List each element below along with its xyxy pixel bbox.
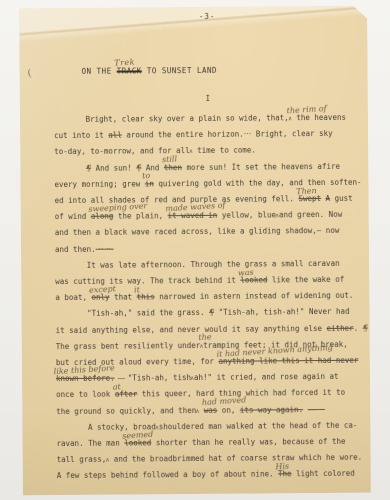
typed-text: yellow, blue bbox=[217, 211, 276, 220]
typed-text: light colored bbox=[292, 469, 355, 478]
struck-text: washad moved bbox=[204, 402, 218, 418]
struck-text: known before.like this before bbox=[56, 371, 115, 388]
typed-text: and then a black wave raced across, like… bbox=[55, 226, 340, 237]
struck-text: afterat bbox=[115, 387, 138, 403]
typed-text: the ground so quickly, and then bbox=[56, 406, 196, 416]
typed-text: this queer, hard thing which had forced … bbox=[137, 388, 345, 399]
manuscript-body: Bright, clear sky over a plain so wide, … bbox=[54, 110, 365, 485]
typed-text: ah!" it cried, and rose again at bbox=[194, 372, 339, 382]
typed-text: it said anything else, and never would i… bbox=[56, 324, 327, 335]
typed-text: quivering gold with the day, and then so… bbox=[154, 178, 362, 189]
typed-line: ed into all shades of red and purple as … bbox=[55, 191, 363, 210]
typed-text: was cutting its way. The track behind it bbox=[55, 276, 240, 286]
manuscript-page: ( -3- ON THE TRACKTrek TO SUNSET LAND I … bbox=[19, 6, 371, 496]
typed-line: once to look afterat this queer, hard th… bbox=[56, 385, 364, 404]
struck-handwritten-mark: ¶ bbox=[363, 323, 368, 332]
typed-text: narrowed in astern instead of widening o… bbox=[155, 291, 354, 302]
struck-text: either bbox=[326, 320, 353, 336]
typed-text: ravan. The man bbox=[56, 439, 124, 449]
typed-text: and the broadbrimmed hat of coarse straw… bbox=[109, 453, 362, 464]
typed-text: the plain, bbox=[113, 211, 167, 220]
struck-text: TheHis bbox=[278, 467, 292, 483]
struck-text: onlyexcept bbox=[91, 290, 109, 306]
struck-text: alongsweeping over bbox=[91, 209, 114, 225]
typed-text: every morning; grew bbox=[54, 179, 144, 189]
typed-line: A few steps behind followed a boy of abo… bbox=[57, 466, 365, 485]
typed-text: The grass bent resiliently under bbox=[56, 341, 201, 351]
struck-text: SweptThen bbox=[298, 191, 321, 207]
insertion-caret-icon: ∧ bbox=[195, 409, 199, 415]
insertion-point: the∧ bbox=[200, 338, 203, 354]
typed-text: that bbox=[110, 293, 137, 302]
insertion-point: ∧ bbox=[156, 419, 159, 435]
struck-text: lookedwas bbox=[240, 272, 267, 288]
struck-text: it waved inmade waves of bbox=[168, 208, 218, 225]
typed-line: "Tish-ah," said the grass. ¶ "Tish-ah, t… bbox=[55, 304, 363, 323]
typed-text: more sun! It set the heavens afire bbox=[182, 161, 340, 171]
typed-text: And sun! bbox=[91, 163, 136, 172]
typed-line: but cried out aloud every time, for anyt… bbox=[56, 353, 364, 372]
typed-line: and then a black wave raced across, like… bbox=[55, 223, 363, 242]
insertion-point: ∧ bbox=[191, 370, 194, 386]
struck-text: TRACKTrek bbox=[117, 63, 142, 79]
typed-text: once to look bbox=[56, 390, 115, 399]
struck-text: thisit bbox=[137, 290, 155, 306]
typed-text: It was late afternoon. Through the grass… bbox=[55, 259, 340, 270]
struck-handwritten-mark: ·· ··- bbox=[96, 244, 114, 253]
struck-text: anything like this it had neverit had ne… bbox=[218, 353, 358, 370]
typed-text: to-day, to-morrow, and for all bbox=[54, 146, 190, 156]
insertion-caret-icon: ∧ bbox=[189, 149, 193, 155]
typed-text: ed into all shades of red and purple as … bbox=[55, 194, 299, 205]
insertion-point: ∧ bbox=[196, 403, 199, 419]
struck-text: into bbox=[145, 176, 154, 192]
struck-handwritten-mark: — ∼ bbox=[308, 405, 325, 414]
section-numeral: I bbox=[54, 90, 362, 108]
page-content: -3- ON THE TRACKTrek TO SUNSET LAND I Br… bbox=[19, 6, 371, 485]
insertion-caret-icon: ∧ bbox=[190, 376, 194, 382]
typed-text: "Tish-ah, tish-ah!" Never had bbox=[214, 307, 350, 317]
struck-text: A bbox=[325, 191, 330, 207]
insertion-caret-icon: ∧ bbox=[199, 344, 203, 350]
typed-text: on, bbox=[217, 405, 240, 414]
typed-text: the heavens bbox=[292, 113, 346, 122]
page-number: -3- bbox=[53, 11, 361, 23]
title-line: ON THE TRACKTrek TO SUNSET LAND bbox=[82, 62, 362, 80]
typed-text: Bright, clear sky over a plain so wide, … bbox=[54, 113, 289, 124]
typed-text: and green. Now bbox=[279, 210, 342, 219]
typed-text: "Tish-ah, tish bbox=[128, 373, 191, 382]
insertion-point: the rim of∧ bbox=[289, 110, 292, 126]
typed-text: A few steps behind followed a boy of abo… bbox=[57, 470, 278, 481]
typed-text: "Tish-ah," said the grass. bbox=[55, 308, 209, 318]
typed-text: ON THE bbox=[82, 67, 117, 76]
typed-text: and then. bbox=[55, 244, 96, 253]
typed-text bbox=[54, 163, 86, 172]
struck-text: thenstill bbox=[164, 160, 182, 176]
typed-text: . bbox=[354, 323, 363, 332]
typed-text: tall grass, bbox=[57, 455, 107, 464]
typed-text: around the entire horizon. bbox=[122, 130, 244, 140]
typed-text: tramping feet; it did not break, bbox=[203, 340, 348, 350]
typed-text: TO SUNSET LAND bbox=[142, 66, 217, 76]
typed-text: time to come. bbox=[193, 146, 256, 155]
typed-text: gust bbox=[330, 194, 353, 203]
handwritten-annotation: Trek bbox=[114, 59, 135, 68]
insertion-point: ∧ bbox=[106, 452, 109, 468]
typed-text: Bright, clear sky bbox=[251, 129, 332, 139]
insertion-caret-icon: ∧ bbox=[105, 458, 109, 464]
insertion-caret-icon: ∧ bbox=[275, 214, 279, 220]
typed-text: cut into it bbox=[54, 131, 108, 140]
insertion-point: ∧ bbox=[190, 143, 193, 159]
struck-text: lookedseemed bbox=[124, 435, 151, 451]
struck-text: all bbox=[108, 128, 122, 144]
typed-text: but cried out aloud every time, for bbox=[56, 357, 219, 367]
struck-text: its way again. bbox=[240, 402, 303, 419]
typed-text: shouldered man walked at the head of the… bbox=[159, 421, 358, 432]
typed-line: cut into it all around the entire horizo… bbox=[54, 126, 362, 145]
typed-text: shorter than he really was, because of t… bbox=[151, 437, 345, 448]
handwritten-annotation: — bbox=[115, 374, 128, 383]
typed-text: like the wake of bbox=[267, 275, 344, 285]
typed-text: A stocky, broad bbox=[56, 422, 155, 432]
typed-text: of wind bbox=[55, 212, 91, 221]
insertion-caret-icon: ∧ bbox=[288, 116, 292, 122]
typed-text: And bbox=[141, 163, 164, 172]
insertion-point: ∧ bbox=[276, 208, 279, 224]
insertion-caret-icon: ∧ bbox=[155, 425, 159, 431]
typed-text: a boat, bbox=[55, 293, 91, 302]
